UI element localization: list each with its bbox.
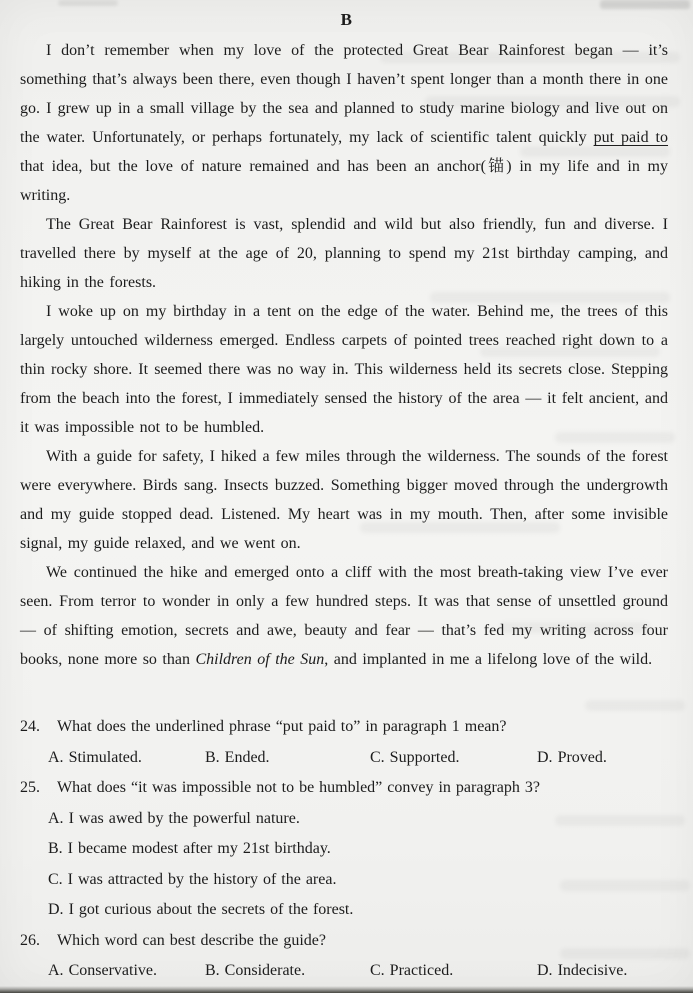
option-label: D. bbox=[537, 962, 553, 979]
scan-edge-shadow bbox=[0, 986, 693, 993]
passage-text: that idea, but the love of nature remain… bbox=[20, 158, 668, 204]
option-text: I became modest after my 21st birthday. bbox=[68, 840, 331, 857]
option-label: B. bbox=[205, 749, 220, 766]
underlined-phrase: put paid to bbox=[594, 129, 668, 146]
passage-text: I don’t remember when my love of the pro… bbox=[20, 42, 668, 146]
question-stem: 25.What does “it was impossible not to b… bbox=[20, 773, 668, 804]
option-label: A. bbox=[48, 962, 64, 979]
option-label: C. bbox=[48, 871, 63, 888]
option-label: A. bbox=[48, 810, 64, 827]
option-text: Supported. bbox=[390, 749, 460, 766]
option: C.Supported. bbox=[370, 743, 537, 774]
passage-paragraph: I woke up on my birthday in a tent on th… bbox=[20, 297, 668, 442]
option: A.Conservative. bbox=[48, 956, 205, 987]
option-label: B. bbox=[205, 962, 220, 979]
question: 24.What does the underlined phrase “put … bbox=[20, 712, 668, 773]
option-text: I got curious about the secrets of the f… bbox=[69, 901, 354, 918]
option-label: C. bbox=[370, 962, 385, 979]
option-text: Indecisive. bbox=[558, 962, 628, 979]
question-text: What does the underlined phrase “put pai… bbox=[57, 712, 668, 743]
option-text: Stimulated. bbox=[69, 749, 142, 766]
passage-paragraph: We continued the hike and emerged onto a… bbox=[20, 558, 668, 674]
option-text: I was awed by the powerful nature. bbox=[69, 810, 300, 827]
question-number: 25. bbox=[20, 773, 57, 804]
question-stem: 26.Which word can best describe the guid… bbox=[20, 926, 668, 957]
options: A.I was awed by the powerful nature.B.I … bbox=[20, 804, 668, 926]
question: 25.What does “it was impossible not to b… bbox=[20, 773, 668, 926]
question-stem: 24.What does the underlined phrase “put … bbox=[20, 712, 668, 743]
question-text: Which word can best describe the guide? bbox=[57, 926, 668, 957]
passage-text: The Great Bear Rainforest is vast, splen… bbox=[20, 216, 668, 291]
passage-text: With a guide for safety, I hiked a few m… bbox=[20, 448, 668, 552]
option-label: B. bbox=[48, 840, 63, 857]
passage-paragraph: I don’t remember when my love of the pro… bbox=[20, 36, 668, 210]
passage-text: I woke up on my birthday in a tent on th… bbox=[20, 303, 668, 436]
section-label: B bbox=[0, 0, 693, 31]
option: D.I got curious about the secrets of the… bbox=[48, 895, 668, 926]
option: A.I was awed by the powerful nature. bbox=[48, 804, 668, 835]
option-text: Conservative. bbox=[69, 962, 157, 979]
question-number: 24. bbox=[20, 712, 57, 743]
option-text: I was attracted by the history of the ar… bbox=[68, 871, 337, 888]
option: C.Practiced. bbox=[370, 956, 537, 987]
option: D.Proved. bbox=[537, 743, 668, 774]
questions: 24.What does the underlined phrase “put … bbox=[0, 712, 693, 987]
option-text: Ended. bbox=[225, 749, 270, 766]
passage-text: , and implanted in me a lifelong love of… bbox=[324, 651, 652, 668]
book-title: Children of the Sun bbox=[195, 651, 324, 668]
option: A.Stimulated. bbox=[48, 743, 205, 774]
question: 26.Which word can best describe the guid… bbox=[20, 926, 668, 987]
option-text: Proved. bbox=[558, 749, 607, 766]
option: B.Ended. bbox=[205, 743, 370, 774]
bleedthrough-mark bbox=[585, 700, 685, 711]
option-label: D. bbox=[48, 901, 64, 918]
option: C.I was attracted by the history of the … bbox=[48, 865, 668, 896]
options: A.Stimulated.B.Ended.C.Supported.D.Prove… bbox=[48, 743, 668, 774]
scanned-exam-page: B I don’t remember when my love of the p… bbox=[0, 0, 693, 993]
option: B.Considerate. bbox=[205, 956, 370, 987]
option: B.I became modest after my 21st birthday… bbox=[48, 834, 668, 865]
passage-paragraph: With a guide for safety, I hiked a few m… bbox=[20, 442, 668, 558]
question-text: What does “it was impossible not to be h… bbox=[57, 773, 668, 804]
option-label: A. bbox=[48, 749, 64, 766]
option-label: D. bbox=[537, 749, 553, 766]
option: D.Indecisive. bbox=[537, 956, 668, 987]
question-number: 26. bbox=[20, 926, 57, 957]
option-label: C. bbox=[370, 749, 385, 766]
passage-paragraph: The Great Bear Rainforest is vast, splen… bbox=[20, 210, 668, 297]
option-text: Considerate. bbox=[225, 962, 305, 979]
options: A.Conservative.B.Considerate.C.Practiced… bbox=[48, 956, 668, 987]
option-text: Practiced. bbox=[390, 962, 454, 979]
reading-passage: I don’t remember when my love of the pro… bbox=[0, 36, 693, 676]
